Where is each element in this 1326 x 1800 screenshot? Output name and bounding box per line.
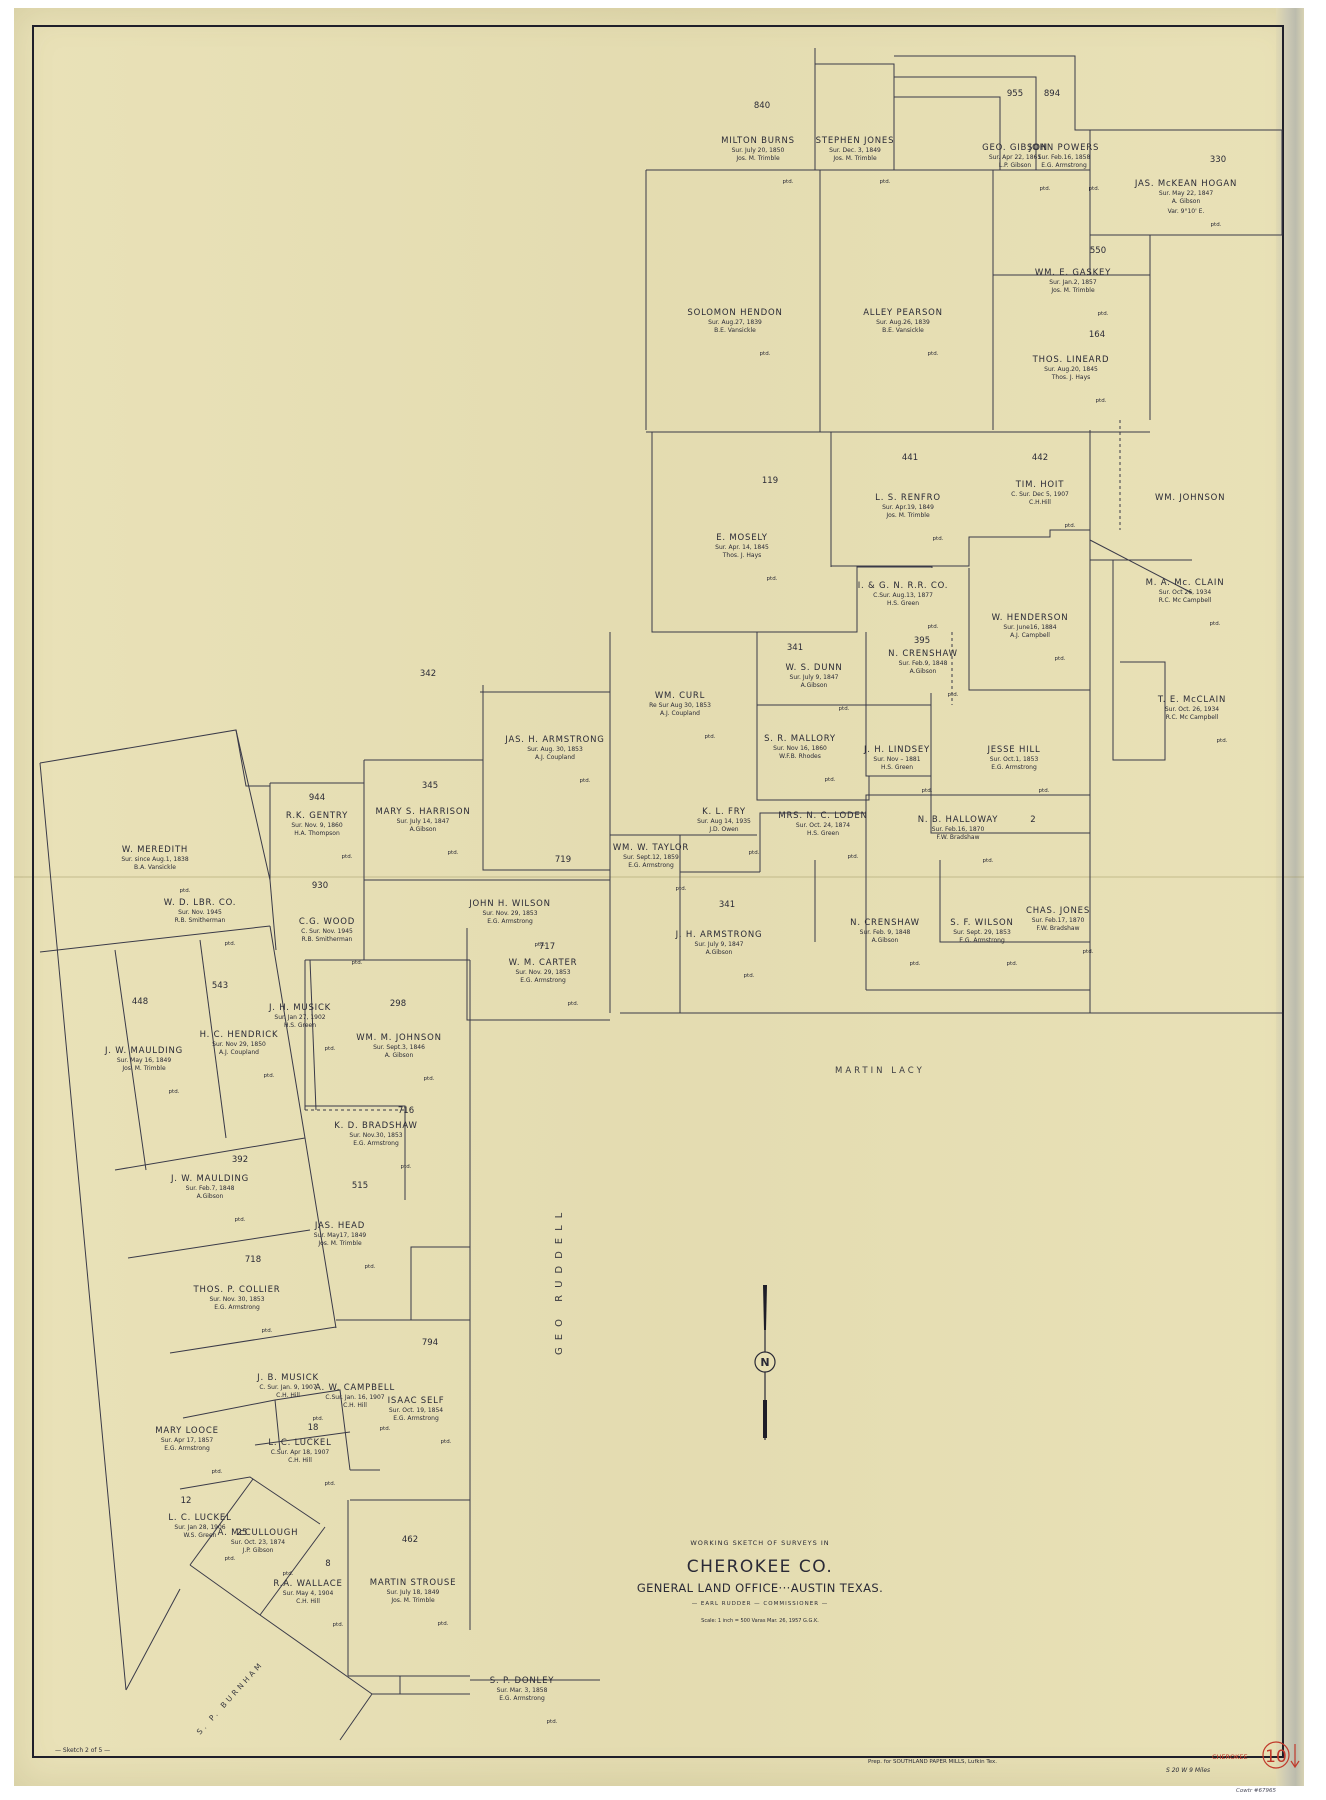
parcel-surveyor: A. Gibson <box>1172 198 1201 205</box>
stamp-number: 10 <box>1265 1747 1287 1767</box>
parcel-m-a-mcclain: M. A. Mc. CLAINSur. Oct 26, 1934R.C. Mc … <box>1146 578 1225 627</box>
parcel-patented-mark: ptd. <box>438 1621 449 1627</box>
parcel-mary-looce: MARY LOOCESur. Apr 17, 1857E.G. Armstron… <box>155 1426 222 1475</box>
parcel-owner-name: W. D. LBR. CO. <box>164 898 237 908</box>
parcel-owner-name: K. D. BRADSHAW <box>334 1121 417 1131</box>
parcel-survey-date: Sur. Aug 14, 1935 <box>697 818 751 825</box>
parcel-patented-mark: ptd. <box>848 854 859 860</box>
parcel-surveyor: A.Gibson <box>872 937 899 944</box>
parcel-owner-name: L. S. RENFRO <box>875 493 941 503</box>
parcel-owner-name: JOHN H. WILSON <box>468 899 551 909</box>
parcel-abstract-number: 794 <box>422 1338 438 1348</box>
parcel-patented-mark: ptd. <box>380 1426 391 1432</box>
parcel-abstract-number: 330 <box>1210 155 1226 165</box>
parcel-abstract-number: 717 <box>539 942 555 952</box>
parcel-owner-name: J. W. MAULDING <box>170 1174 249 1184</box>
parcel-abstract-number: 341 <box>787 643 803 653</box>
parcel-owner-name: C.G. WOOD <box>299 917 355 927</box>
parcel-abstract-number: 462 <box>402 1535 418 1545</box>
parcel-survey-date: Sur. Nov. 9, 1860 <box>291 822 342 829</box>
parcel-patented-mark: ptd. <box>283 1571 294 1577</box>
parcel-abstract-number: 448 <box>132 997 148 1007</box>
parcel-surveyor: L.P. Gibson <box>999 162 1032 169</box>
parcel-owner-name: N. CRENSHAW <box>850 918 920 928</box>
title-block: WORKING SKETCH OF SURVEYS IN CHEROKEE CO… <box>637 1539 883 1624</box>
geo-ruddell-label: GEO RUDDELL <box>554 1206 565 1355</box>
parcel-survey-date: Sur. May 16, 1849 <box>117 1057 172 1064</box>
parcel-survey-date: Sur. Feb.9, 1848 <box>899 660 948 667</box>
parcel-surveyor: A.Gibson <box>910 668 937 675</box>
parcel-surveyor: A.J. Coupland <box>219 1049 259 1056</box>
parcel-survey-date: Sur. May 22, 1847 <box>1159 190 1214 197</box>
parcel-patented-mark: ptd. <box>928 351 939 357</box>
north-arrow-icon: N <box>755 1285 775 1440</box>
parcel-patented-mark: ptd. <box>342 854 353 860</box>
parcel-owner-name: J. H. LINDSEY <box>863 745 930 755</box>
parcel-jas-h-armstrong: JAS. H. ARMSTRONGSur. Aug. 30, 1853A.J. … <box>420 669 605 784</box>
parcel-surveyor: Jos. M. Trimble <box>390 1597 435 1604</box>
parcel-owner-name: W. MEREDITH <box>122 845 188 855</box>
parcel-patented-mark: ptd. <box>169 1089 180 1095</box>
parcel-patented-mark: ptd. <box>1083 949 1094 955</box>
parcel-surveyor: A.Gibson <box>801 682 828 689</box>
parcel-patented-mark: ptd. <box>1007 961 1018 967</box>
parcel-surveyor: Jos. M. Trimble <box>317 1240 362 1247</box>
parcel-owner-name: THOS. LINEARD <box>1032 355 1110 365</box>
parcel-abstract-number: 840 <box>754 101 770 111</box>
parcel-owner-name: T. E. McCLAIN <box>1157 695 1226 705</box>
parcel-j-w-maulding-392: J. W. MAULDINGSur. Feb.7, 1848A.Gibsonpt… <box>170 1155 249 1223</box>
direction-note: S 20 W 9 Miles <box>1166 1767 1210 1774</box>
scale-date-line: Scale: 1 inch = 500 Varas Mar. 26, 1957 … <box>701 1618 819 1624</box>
parcel-w-s-dunn: W. S. DUNNSur. July 9, 1847A.Gibsonptd.3… <box>785 643 849 712</box>
parcel-survey-date: Sur. Feb. 9, 1848 <box>860 929 911 936</box>
parcel-owner-name: W. S. DUNN <box>785 663 842 673</box>
parcel-abstract-number: 164 <box>1089 330 1105 340</box>
parcel-owner-name: TIM. HOIT <box>1015 480 1064 490</box>
parcel-abstract-number: 8 <box>325 1559 330 1569</box>
parcel-abstract-number: 944 <box>309 793 325 803</box>
parcel-owner-name: L. C. LUCKEL <box>268 1438 331 1448</box>
parcel-patented-mark: ptd. <box>1055 656 1066 662</box>
parcel-owner-name: J. H. ARMSTRONG <box>675 930 763 940</box>
parcel-surveyor: R.B. Smitherman <box>302 936 353 943</box>
parcel-surveyor: A.Gibson <box>197 1193 224 1200</box>
parcel-owner-name: S. R. MALLORY <box>764 734 836 744</box>
parcel-survey-date: C.Sur. Apr 18, 1907 <box>271 1449 330 1456</box>
parcel-n-crenshaw-395: N. CRENSHAWSur. Feb.9, 1848A.Gibsonptd.3… <box>888 636 959 698</box>
parcel-abstract-number: 392 <box>232 1155 248 1165</box>
parcel-owner-name: S. F. WILSON <box>950 918 1013 928</box>
parcel-survey-date: Sur. Nov – 1881 <box>873 756 920 763</box>
parcel-n-crenshaw: N. CRENSHAWSur. Feb. 9, 1848A.Gibsonptd. <box>850 918 921 967</box>
parcel-survey-date: Sur. July 20, 1850 <box>732 147 785 154</box>
parcel-abstract-number: 930 <box>312 881 328 891</box>
parcel-surveyor: Jos. M. Trimble <box>885 512 930 519</box>
parcel-patented-mark: ptd. <box>1039 788 1050 794</box>
parcel-survey-date: Sur. Sept.12, 1859 <box>623 854 679 861</box>
parcel-surveyor: C.H. Hill <box>296 1598 320 1605</box>
survey-map: N MILTON BURNSSur. July 20, 1850Jos. M. … <box>0 0 1326 1800</box>
burnham-label: S. P. BURNHAM <box>195 1659 265 1736</box>
parcel-patented-mark: ptd. <box>225 1556 236 1562</box>
parcel-patented-mark: ptd. <box>212 1469 223 1475</box>
parcel-surveyor: A.J. Campbell <box>1010 632 1050 639</box>
parcel-patented-mark: ptd. <box>568 1001 579 1007</box>
parcel-patented-mark: ptd. <box>825 777 836 783</box>
parcel-milton-burns: MILTON BURNSSur. July 20, 1850Jos. M. Tr… <box>721 101 795 185</box>
parcel-surveyor: E.G. Armstrong <box>353 1140 399 1147</box>
parcel-surveyor: H.S. Green <box>881 764 913 771</box>
down-arrow-icon <box>1291 1744 1299 1767</box>
parcel-patented-mark: ptd. <box>983 858 994 864</box>
parcel-patented-mark: ptd. <box>225 941 236 947</box>
parcel-owner-name: MILTON BURNS <box>721 136 795 146</box>
parcel-owner-name: JAS. McKEAN HOGAN <box>1134 179 1237 189</box>
parcel-surveyor: W.F.B. Rhodes <box>779 753 821 760</box>
parcel-surveyor: J.P. Gibson <box>242 1547 274 1554</box>
parcel-surveyor: B.E. Vansickle <box>882 327 924 334</box>
parcel-w-m-carter: W. M. CARTERSur. Nov. 29, 1853E.G. Armst… <box>509 942 579 1007</box>
catalog-number: Cowtr #67965 <box>1236 1788 1276 1794</box>
parcel-owner-name: N. B. HALLOWAY <box>918 815 999 825</box>
parcel-patented-mark: ptd. <box>448 850 459 856</box>
parcel-john-powers: JOHN POWERSSur. Feb.16, 1858E.G. Armstro… <box>1028 89 1100 192</box>
parcel-owner-name: STEPHEN JONES <box>816 136 895 146</box>
parcel-surveyor: E.G. Armstrong <box>499 1695 545 1702</box>
parcel-surveyor: A.J. Coupland <box>535 754 575 761</box>
parcel-survey-date: Sur. June16, 1884 <box>1003 624 1056 631</box>
county-stamp: CHEROKEE <box>1212 1753 1248 1761</box>
parcel-patented-mark: ptd. <box>928 624 939 630</box>
parcel-patented-mark: ptd. <box>933 536 944 542</box>
parcel-variation-note: Var. 9°10' E. <box>1168 208 1205 215</box>
parcel-thos-p-collier: THOS. P. COLLIERSur. Nov. 30, 1853E.G. A… <box>193 1255 281 1334</box>
parcel-surveyor: Thos. J. Hays <box>722 552 762 559</box>
parcel-patented-mark: ptd. <box>441 1439 452 1445</box>
parcel-patented-mark: ptd. <box>424 1076 435 1082</box>
parcel-survey-date: C. Sur. Jan. 9, 1907 <box>259 1384 316 1391</box>
parcel-owner-name: SOLOMON HENDON <box>687 308 782 318</box>
parcel-owner-name: ALLEY PEARSON <box>863 308 943 318</box>
parcel-survey-date: Sur. Feb.16, 1858 <box>1038 154 1091 161</box>
parcel-patented-mark: ptd. <box>1096 398 1107 404</box>
parcel-surveyor: Jos. M. Trimble <box>121 1065 166 1072</box>
parcel-abstract-number: 718 <box>245 1255 261 1265</box>
parcel-surveyor: H.S. Green <box>284 1022 316 1029</box>
parcel-survey-date: Sur. Nov. 1945 <box>178 909 222 916</box>
survey-boundary-lines <box>40 48 1282 1740</box>
parcel-surveyor: C.H. Hill <box>343 1402 367 1409</box>
parcel-survey-date: Sur. Jan 27, 1902 <box>274 1014 325 1021</box>
parcel-owner-name: S. P. DONLEY <box>490 1676 555 1686</box>
parcel-patented-mark: ptd. <box>365 1264 376 1270</box>
parcel-surveyor: Jos. M. Trimble <box>832 155 877 162</box>
parcel-l-s-renfro: L. S. RENFROSur. Apr.19, 1849Jos. M. Tri… <box>875 453 944 542</box>
parcel-surveyor: R.C. Mc Campbell <box>1166 714 1219 721</box>
parcel-surveyor: A.Gibson <box>410 826 437 833</box>
parcel-patented-mark: ptd. <box>948 692 959 698</box>
parcel-patented-mark: ptd. <box>264 1073 275 1079</box>
parcel-owner-name: K. L. FRY <box>702 807 746 817</box>
parcel-surveyor: A. Gibson <box>385 1052 414 1059</box>
parcel-abstract-number: 894 <box>1044 89 1060 99</box>
parcel-survey-date: Sur. Jan.2, 1857 <box>1049 279 1097 286</box>
parcel-tim-hoit: TIM. HOITC. Sur. Dec 5, 1907C.H.Hillptd.… <box>1011 453 1076 529</box>
parcel-abstract-number: 341 <box>719 900 735 910</box>
parcel-patented-mark: ptd. <box>262 1328 273 1334</box>
parcel-wm-w-taylor: WM. W. TAYLORSur. Sept.12, 1859E.G. Arms… <box>555 843 689 892</box>
parcel-abstract-number: 119 <box>762 476 778 486</box>
parcel-patented-mark: ptd. <box>325 1481 336 1487</box>
parcel-surveyor: C.H.Hill <box>1029 499 1051 506</box>
parcel-survey-date: Sur. Aug.27, 1839 <box>708 319 762 326</box>
parcel-survey-date: Sur. Nov. 29, 1853 <box>515 969 570 976</box>
parcel-surveyor: R.C. Mc Campbell <box>1159 597 1212 604</box>
parcel-chas-jones: CHAS. JONESSur. Feb.17, 1870F.W. Bradsha… <box>1026 906 1094 955</box>
parcel-n-b-halloway: N. B. HALLOWAYSur. Feb.16, 1870F.W. Brad… <box>918 815 1036 864</box>
parcel-patented-mark: ptd. <box>1089 186 1100 192</box>
parcel-w-meredith: W. MEREDITHSur. since Aug.1, 1838B.A. Va… <box>121 845 190 894</box>
parcel-c-g-wood: C.G. WOODC. Sur. Nov. 1945R.B. Smitherma… <box>299 917 363 966</box>
parcel-owner-name: J. B. MUSICK <box>256 1373 319 1383</box>
parcel-w-henderson: W. HENDERSONSur. June16, 1884A.J. Campbe… <box>992 613 1069 662</box>
parcel-t-e-mcclain: T. E. McCLAINSur. Oct. 26, 1934R.C. Mc C… <box>1157 695 1228 744</box>
parcel-patented-mark: ptd. <box>767 576 778 582</box>
parcel-patented-mark: ptd. <box>839 706 850 712</box>
parcel-abstract-number: 719 <box>555 855 571 865</box>
parcel-survey-date: Sur. July 9, 1847 <box>790 674 839 681</box>
parcel-j-h-musick: J. H. MUSICKSur. Jan 27, 1902H.S. Greenp… <box>268 1003 336 1052</box>
parcel-survey-date: Sur. Oct. 23, 1874 <box>231 1539 285 1546</box>
wm-johnson-label: WM. JOHNSON <box>1155 493 1225 503</box>
parcel-survey-date: Sur. July 14, 1847 <box>397 818 450 825</box>
parcel-e-mosely: E. MOSELYSur. Apr. 14, 1845Thos. J. Hays… <box>715 476 778 582</box>
parcel-owner-name: JESSE HILL <box>986 745 1040 755</box>
parcel-patented-mark: ptd. <box>1217 738 1228 744</box>
parcel-john-h-wilson: JOHN H. WILSONSur. Nov. 29, 1853E.G. Arm… <box>468 899 551 948</box>
parcel-owner-name: MARY LOOCE <box>155 1426 219 1436</box>
parcel-patented-mark: ptd. <box>333 1622 344 1628</box>
parcel-ign-rr: I. & G. N. R.R. CO.C.Sur. Aug.13, 1877H.… <box>858 581 949 630</box>
parcel-survey-date: Sur. Feb.7, 1848 <box>186 1185 235 1192</box>
parcel-abstract-number: 345 <box>422 781 438 791</box>
parcel-patented-mark: ptd. <box>880 179 891 185</box>
parcel-surveyor: E.G. Armstrong <box>1041 162 1087 169</box>
parcel-owner-name: M. A. Mc. CLAIN <box>1146 578 1225 588</box>
title-subheading: WORKING SKETCH OF SURVEYS IN <box>690 1539 829 1547</box>
parcel-surveyor: C.H. Hill <box>288 1457 312 1464</box>
parcel-mrs-n-c-loden: MRS. N. C. LODENSur. Oct. 24, 1874H.S. G… <box>778 811 867 860</box>
parcel-survey-date: Sur. Sept.3, 1846 <box>373 1044 425 1051</box>
parcel-survey-date: Sur. Aug. 30, 1853 <box>527 746 583 753</box>
parcel-patented-mark: ptd. <box>547 1719 558 1725</box>
parcel-patented-mark: ptd. <box>401 1164 412 1170</box>
parcel-patented-mark: ptd. <box>760 351 771 357</box>
parcel-survey-date: Re Sur Aug 30, 1853 <box>649 702 711 709</box>
parcel-owner-name: ISAAC SELF <box>388 1396 445 1406</box>
parcel-survey-date: Sur. Dec. 3, 1849 <box>829 147 881 154</box>
parcel-owner-name: A. W. CAMPBELL <box>315 1383 395 1393</box>
parcel-patented-mark: ptd. <box>910 961 921 967</box>
parcel-patented-mark: ptd. <box>325 1046 336 1052</box>
parcel-owner-name: J. W. MAULDING <box>104 1046 183 1056</box>
parcel-owner-name: WM. M. JOHNSON <box>356 1033 441 1043</box>
parcel-survey-date: Sur. July 18, 1849 <box>387 1589 440 1596</box>
parcel-survey-date: Sur. Mar. 3, 1858 <box>497 1687 548 1694</box>
parcel-patented-mark: ptd. <box>352 960 363 966</box>
parcel-owner-name: THOS. P. COLLIER <box>193 1285 281 1295</box>
parcel-survey-date: Sur. Aug.20, 1845 <box>1044 366 1098 373</box>
parcel-geo-gibson: GEO. GIBSONSur. Apr 22, 1861L.P. Gibsonp… <box>982 89 1051 192</box>
parcel-abstract-number: 543 <box>212 981 228 991</box>
parcel-owner-name: MRS. N. C. LODEN <box>778 811 867 821</box>
parcel-surveyor: B.E. Vansickle <box>714 327 756 334</box>
parcel-survey-date: Sur. Oct.1, 1853 <box>990 756 1039 763</box>
parcel-patented-mark: ptd. <box>1211 222 1222 228</box>
parcel-patented-mark: ptd. <box>313 1416 324 1422</box>
parcel-abstract-number: 298 <box>390 999 406 1009</box>
parcel-survey-date: Sur. May17, 1849 <box>314 1232 367 1239</box>
parcel-surveyor: E.G. Armstrong <box>214 1304 260 1311</box>
parcel-patented-mark: ptd. <box>749 850 760 856</box>
parcel-survey-date: Sur. Apr 22, 1861 <box>989 154 1042 161</box>
parcel-owner-name: CHAS. JONES <box>1026 906 1090 916</box>
parcel-surveyor: E.G. Armstrong <box>520 977 566 984</box>
parcel-owner-name: J. H. MUSICK <box>268 1003 331 1013</box>
parcel-surveyor: F.W. Bradshaw <box>936 834 979 841</box>
parcel-abstract-number: 25 <box>237 1528 248 1538</box>
parcel-survey-date: Sur. Oct. 24, 1874 <box>796 822 850 829</box>
parcel-s-r-mallory: S. R. MALLORYSur. Nov 16, 1860W.F.B. Rho… <box>764 734 836 783</box>
parcel-patented-mark: ptd. <box>783 179 794 185</box>
parcel-surveyor: E.G. Armstrong <box>487 918 533 925</box>
parcel-wm-curl: WM. CURLRe Sur Aug 30, 1853A.J. Coupland… <box>649 691 716 740</box>
parcel-abstract-number: 342 <box>420 669 436 679</box>
parcel-owner-name: JOHN POWERS <box>1028 143 1099 153</box>
parcel-patented-mark: ptd. <box>1098 311 1109 317</box>
parcel-abstract-number: 12 <box>181 1496 192 1506</box>
parcel-surveyor: Jos. M. Trimble <box>735 155 780 162</box>
parcel-owner-name: WM. W. TAYLOR <box>613 843 689 853</box>
parcel-surveyor: H.S. Green <box>887 600 919 607</box>
parcel-martin-strouse: MARTIN STROUSESur. July 18, 1849Jos. M. … <box>370 1535 457 1627</box>
parcel-survey-date: C. Sur. Dec 5, 1907 <box>1011 491 1069 498</box>
parcel-abstract-number: 441 <box>902 453 918 463</box>
sketch-number: — Sketch 2 of 5 — <box>55 1747 110 1754</box>
parcel-survey-date: Sur. Oct. 26, 1934 <box>1165 706 1219 713</box>
parcel-mary-s-harrison: MARY S. HARRISONSur. July 14, 1847A.Gibs… <box>376 781 471 856</box>
parcel-survey-date: Sur. Feb.17, 1870 <box>1032 917 1085 924</box>
parcel-owner-name: A. McCULLOUGH <box>218 1528 299 1538</box>
parcel-surveyor: E.G. Armstrong <box>628 862 674 869</box>
parcel-j-h-armstrong: J. H. ARMSTRONGSur. July 9, 1847A.Gibson… <box>675 900 763 979</box>
svg-text:N: N <box>760 1356 769 1369</box>
parcel-patented-mark: ptd. <box>744 973 755 979</box>
parcel-owner-name: N. CRENSHAW <box>888 649 958 659</box>
parcel-surveyor: E.G. Armstrong <box>991 764 1037 771</box>
parcel-jas-head: JAS. HEADSur. May17, 1849Jos. M. Trimble… <box>314 1181 376 1270</box>
parcel-abstract-number: 716 <box>398 1106 414 1116</box>
parcel-abstract-number: 550 <box>1090 246 1106 256</box>
parcel-jesse-hill: JESSE HILLSur. Oct.1, 1853E.G. Armstrong… <box>986 745 1049 794</box>
parcel-owner-name: E. MOSELY <box>716 533 768 543</box>
parcel-wm-m-johnson: WM. M. JOHNSONSur. Sept.3, 1846A. Gibson… <box>356 999 441 1082</box>
parcel-r-a-wallace: R.A. WALLACESur. May 4, 1904C.H. Hillptd… <box>273 1559 343 1628</box>
parcel-owner-name: H. C. HENDRICK <box>200 1030 279 1040</box>
parcel-survey-date: Sur. Feb.16, 1870 <box>932 826 985 833</box>
parcel-patented-mark: ptd. <box>1040 186 1051 192</box>
parcel-owner-name: R.K. GENTRY <box>286 811 348 821</box>
parcel-abstract-number: 395 <box>914 636 930 646</box>
parcel-owner-name: WM. CURL <box>655 691 705 701</box>
parcel-survey-date: Sur. Nov. 29, 1853 <box>482 910 537 917</box>
parcel-survey-date: C. Sur. Nov. 1945 <box>301 928 353 935</box>
parcel-surveyor: Thos. J. Hays <box>1051 374 1091 381</box>
parcel-wm-e-gaskey: WM. E. GASKEYSur. Jan.2, 1857Jos. M. Tri… <box>1035 246 1111 317</box>
parcel-alley-pearson: ALLEY PEARSONSur. Aug.26, 1839B.E. Vansi… <box>863 308 943 357</box>
parcel-survey-date: Sur. Nov.30, 1853 <box>349 1132 402 1139</box>
parcel-abstract-number: 442 <box>1032 453 1048 463</box>
parcel-owner-name: I. & G. N. R.R. CO. <box>858 581 949 591</box>
office-title: GENERAL LAND OFFICE···AUSTIN TEXAS. <box>637 1581 883 1595</box>
parcel-patented-mark: ptd. <box>676 886 687 892</box>
parcel-owner-name: MARY S. HARRISON <box>376 807 471 817</box>
parcel-s-p-donley: S. P. DONLEYSur. Mar. 3, 1858E.G. Armstr… <box>490 1676 558 1725</box>
parcel-stephen-jones: STEPHEN JONESSur. Dec. 3, 1849Jos. M. Tr… <box>816 136 895 185</box>
parcel-owner-name: MARTIN STROUSE <box>370 1578 457 1588</box>
parcel-owner-name: W. HENDERSON <box>992 613 1069 623</box>
parcel-surveyor: J.D. Owen <box>708 826 738 833</box>
parcel-patented-mark: ptd. <box>1065 523 1076 529</box>
parcel-surveyor: F.W. Bradshaw <box>1036 925 1079 932</box>
parcel-surveyor: E.G. Armstrong <box>959 937 1005 944</box>
map-title: CHEROKEE CO. <box>687 1557 834 1577</box>
parcel-survey-date: Sur. Nov 16, 1860 <box>773 745 827 752</box>
parcel-h-c-hendrick: H. C. HENDRICKSur. Nov 29, 1850A.J. Coup… <box>200 981 279 1079</box>
parcel-owner-name: L. C. LUCKEL <box>168 1513 231 1523</box>
parcel-survey-date: Sur. July 9, 1847 <box>695 941 744 948</box>
parcel-abstract-number: 515 <box>352 1181 368 1191</box>
parcel-j-b-musick: J. B. MUSICKC. Sur. Jan. 9, 1907C.H. Hil… <box>256 1373 324 1422</box>
parcel-owner-name: R.A. WALLACE <box>273 1579 342 1589</box>
parcel-patented-mark: ptd. <box>922 788 933 794</box>
parcel-k-l-fry: K. L. FRYSur. Aug 14, 1935J.D. Owenptd. <box>697 807 760 856</box>
parcel-survey-date: Sur. Sept. 29, 1853 <box>953 929 1011 936</box>
parcel-owner-name: W. M. CARTER <box>509 958 578 968</box>
parcel-surveyor: A.Gibson <box>706 949 733 956</box>
parcel-solomon-hendon: SOLOMON HENDONSur. Aug.27, 1839B.E. Vans… <box>687 308 782 357</box>
parcel-survey-date: Sur. May 4, 1904 <box>283 1590 334 1597</box>
parcel-abstract-number: 955 <box>1007 89 1023 99</box>
prepared-for: Prep. for SOUTHLAND PAPER MILLS, Lufkin … <box>868 1759 997 1765</box>
parcel-surveyor: C.H. Hill <box>276 1392 300 1399</box>
commissioner-line: — EARL RUDDER — COMMISSIONER — <box>692 1601 829 1607</box>
parcel-survey-date: Sur. Apr.19, 1849 <box>882 504 934 511</box>
parcel-abstract-number: 2 <box>1030 815 1035 825</box>
parcel-owner-name: WM. E. GASKEY <box>1035 268 1111 278</box>
parcel-jas-mckean-hogan: JAS. McKEAN HOGANSur. May 22, 1847A. Gib… <box>1134 155 1237 228</box>
parcel-abstract-number: 18 <box>308 1423 319 1433</box>
parcel-surveyor: Jos. M. Trimble <box>1050 287 1095 294</box>
parcel-j-h-lindsey: J. H. LINDSEYSur. Nov – 1881H.S. Greenpt… <box>863 745 933 794</box>
parcel-patented-mark: ptd. <box>705 734 716 740</box>
parcel-thos-lineard: THOS. LINEARDSur. Aug.20, 1845Thos. J. H… <box>1032 330 1110 404</box>
parcel-patented-mark: ptd. <box>1210 621 1221 627</box>
parcel-owner-name: JAS. HEAD <box>314 1221 365 1231</box>
parcel-survey-date: Sur. Nov. 30, 1853 <box>209 1296 264 1303</box>
parcel-patented-mark: ptd. <box>580 778 591 784</box>
